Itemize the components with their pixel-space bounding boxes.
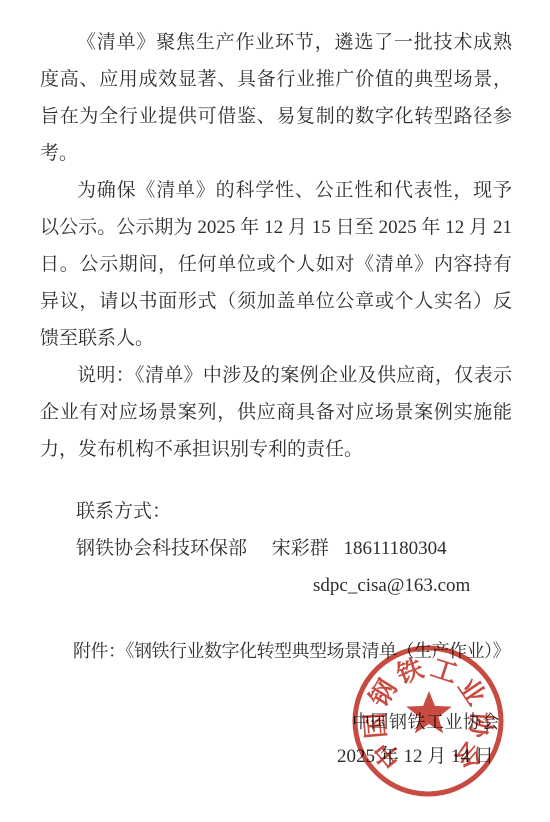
contact-department: 钢铁协会科技环保部 [76, 538, 247, 559]
seal-character: 业 [452, 673, 491, 711]
contact-person: 宋彩群 [272, 538, 329, 559]
contact-block: 联系方式： 钢铁协会科技环保部 宋彩群 18611180304 sdpc_cis… [40, 493, 512, 604]
signature-organization: 中国钢铁工业协会 [352, 708, 500, 734]
body-paragraph-3: 说明：《清单》中涉及的案例企业及供应商，仅表示企业有对应场景案列，供应商具备对应… [40, 357, 512, 468]
body-paragraph-2: 为确保《清单》的科学性、公正性和代表性，现予以公示。公示期为 2025 年 12… [40, 172, 512, 357]
contact-email: sdpc_cisa@163.com [313, 567, 512, 604]
document-page: 《清单》聚焦生产作业环节，遴选了一批技术成熟度高、应用成效显著、具备行业推广价值… [0, 0, 550, 822]
seal-character: 钢 [363, 674, 402, 712]
body-paragraph-1: 《清单》聚焦生产作业环节，遴选了一批技术成熟度高、应用成效显著、具备行业推广价值… [40, 24, 512, 172]
document-body: 《清单》聚焦生产作业环节，遴选了一批技术成熟度高、应用成效显著、具备行业推广价值… [40, 24, 512, 670]
contact-detail-row: 钢铁协会科技环保部 宋彩群 18611180304 [76, 530, 512, 567]
attachment-line: 附件：《钢铁行业数字化转型典型场景清单（生产作业）》 [40, 633, 512, 670]
signature-date: 2025 年 12 月 14 日 [337, 741, 494, 768]
contact-heading: 联系方式： [76, 493, 512, 530]
contact-phone: 18611180304 [344, 538, 447, 559]
